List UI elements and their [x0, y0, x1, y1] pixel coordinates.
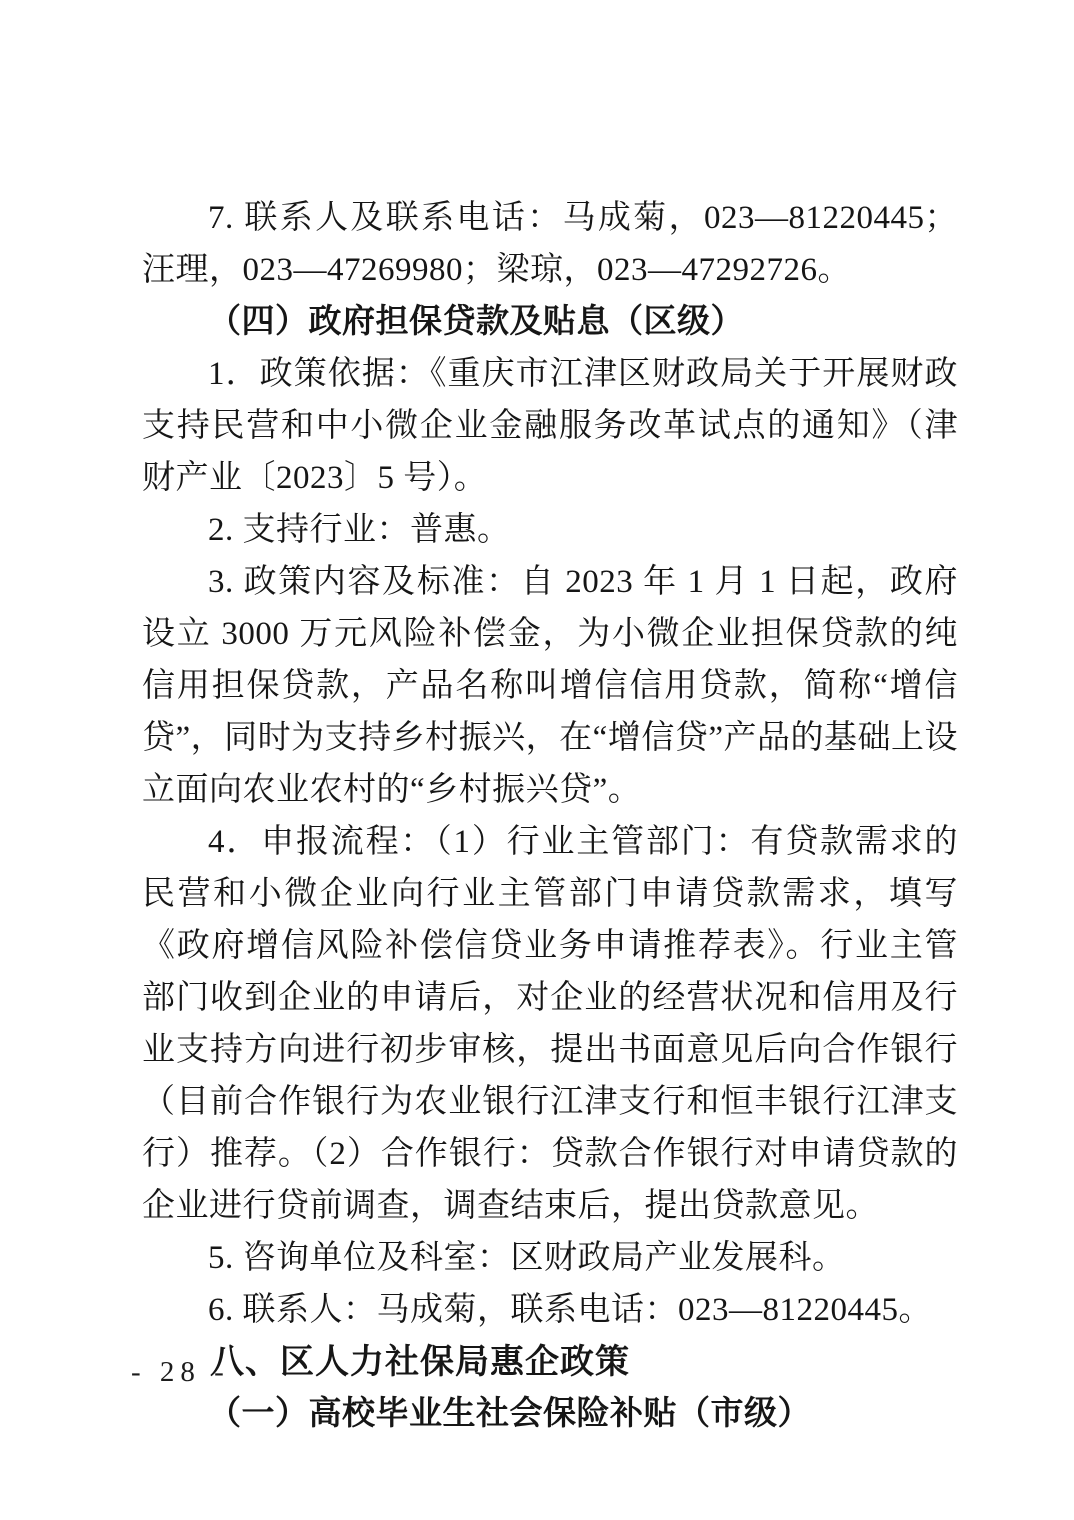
- paragraph-contact-7: 7. 联系人及联系电话：马成菊，023—81220445；汪理，023—4726…: [142, 192, 958, 296]
- paragraph-policy-content-standard: 3. 政策内容及标准：自 2023 年 1 月 1 日起，政府设立 3000 万…: [142, 556, 958, 816]
- paragraph-consulting-unit: 5. 咨询单位及科室：区财政局产业发展科。: [142, 1232, 958, 1284]
- paragraph-supported-industries: 2. 支持行业：普惠。: [142, 504, 958, 556]
- section-heading-4-govt-guaranteed-loans: （四）政府担保贷款及贴息（区级）: [142, 296, 958, 348]
- document-body: 7. 联系人及联系电话：马成菊，023—81220445；汪理，023—4726…: [142, 192, 958, 1440]
- paragraph-contact-person: 6. 联系人：马成菊，联系电话：023—81220445。: [142, 1284, 958, 1336]
- paragraph-policy-basis: 1．政策依据：《重庆市江津区财政局关于开展财政支持民营和中小微企业金融服务改革试…: [142, 348, 958, 504]
- document-page: 7. 联系人及联系电话：马成菊，023—81220445；汪理，023—4726…: [0, 0, 1074, 1520]
- chapter-heading-8-hr-social-security-bureau: 八、区人力社保局惠企政策: [142, 1336, 958, 1388]
- section-heading-1-graduate-social-insurance-subsidy: （一）高校毕业生社会保险补贴（市级）: [142, 1388, 958, 1440]
- page-number: - 28 -: [131, 1356, 230, 1389]
- paragraph-application-process: 4．申报流程：（1）行业主管部门：有贷款需求的民营和小微企业向行业主管部门申请贷…: [142, 816, 958, 1232]
